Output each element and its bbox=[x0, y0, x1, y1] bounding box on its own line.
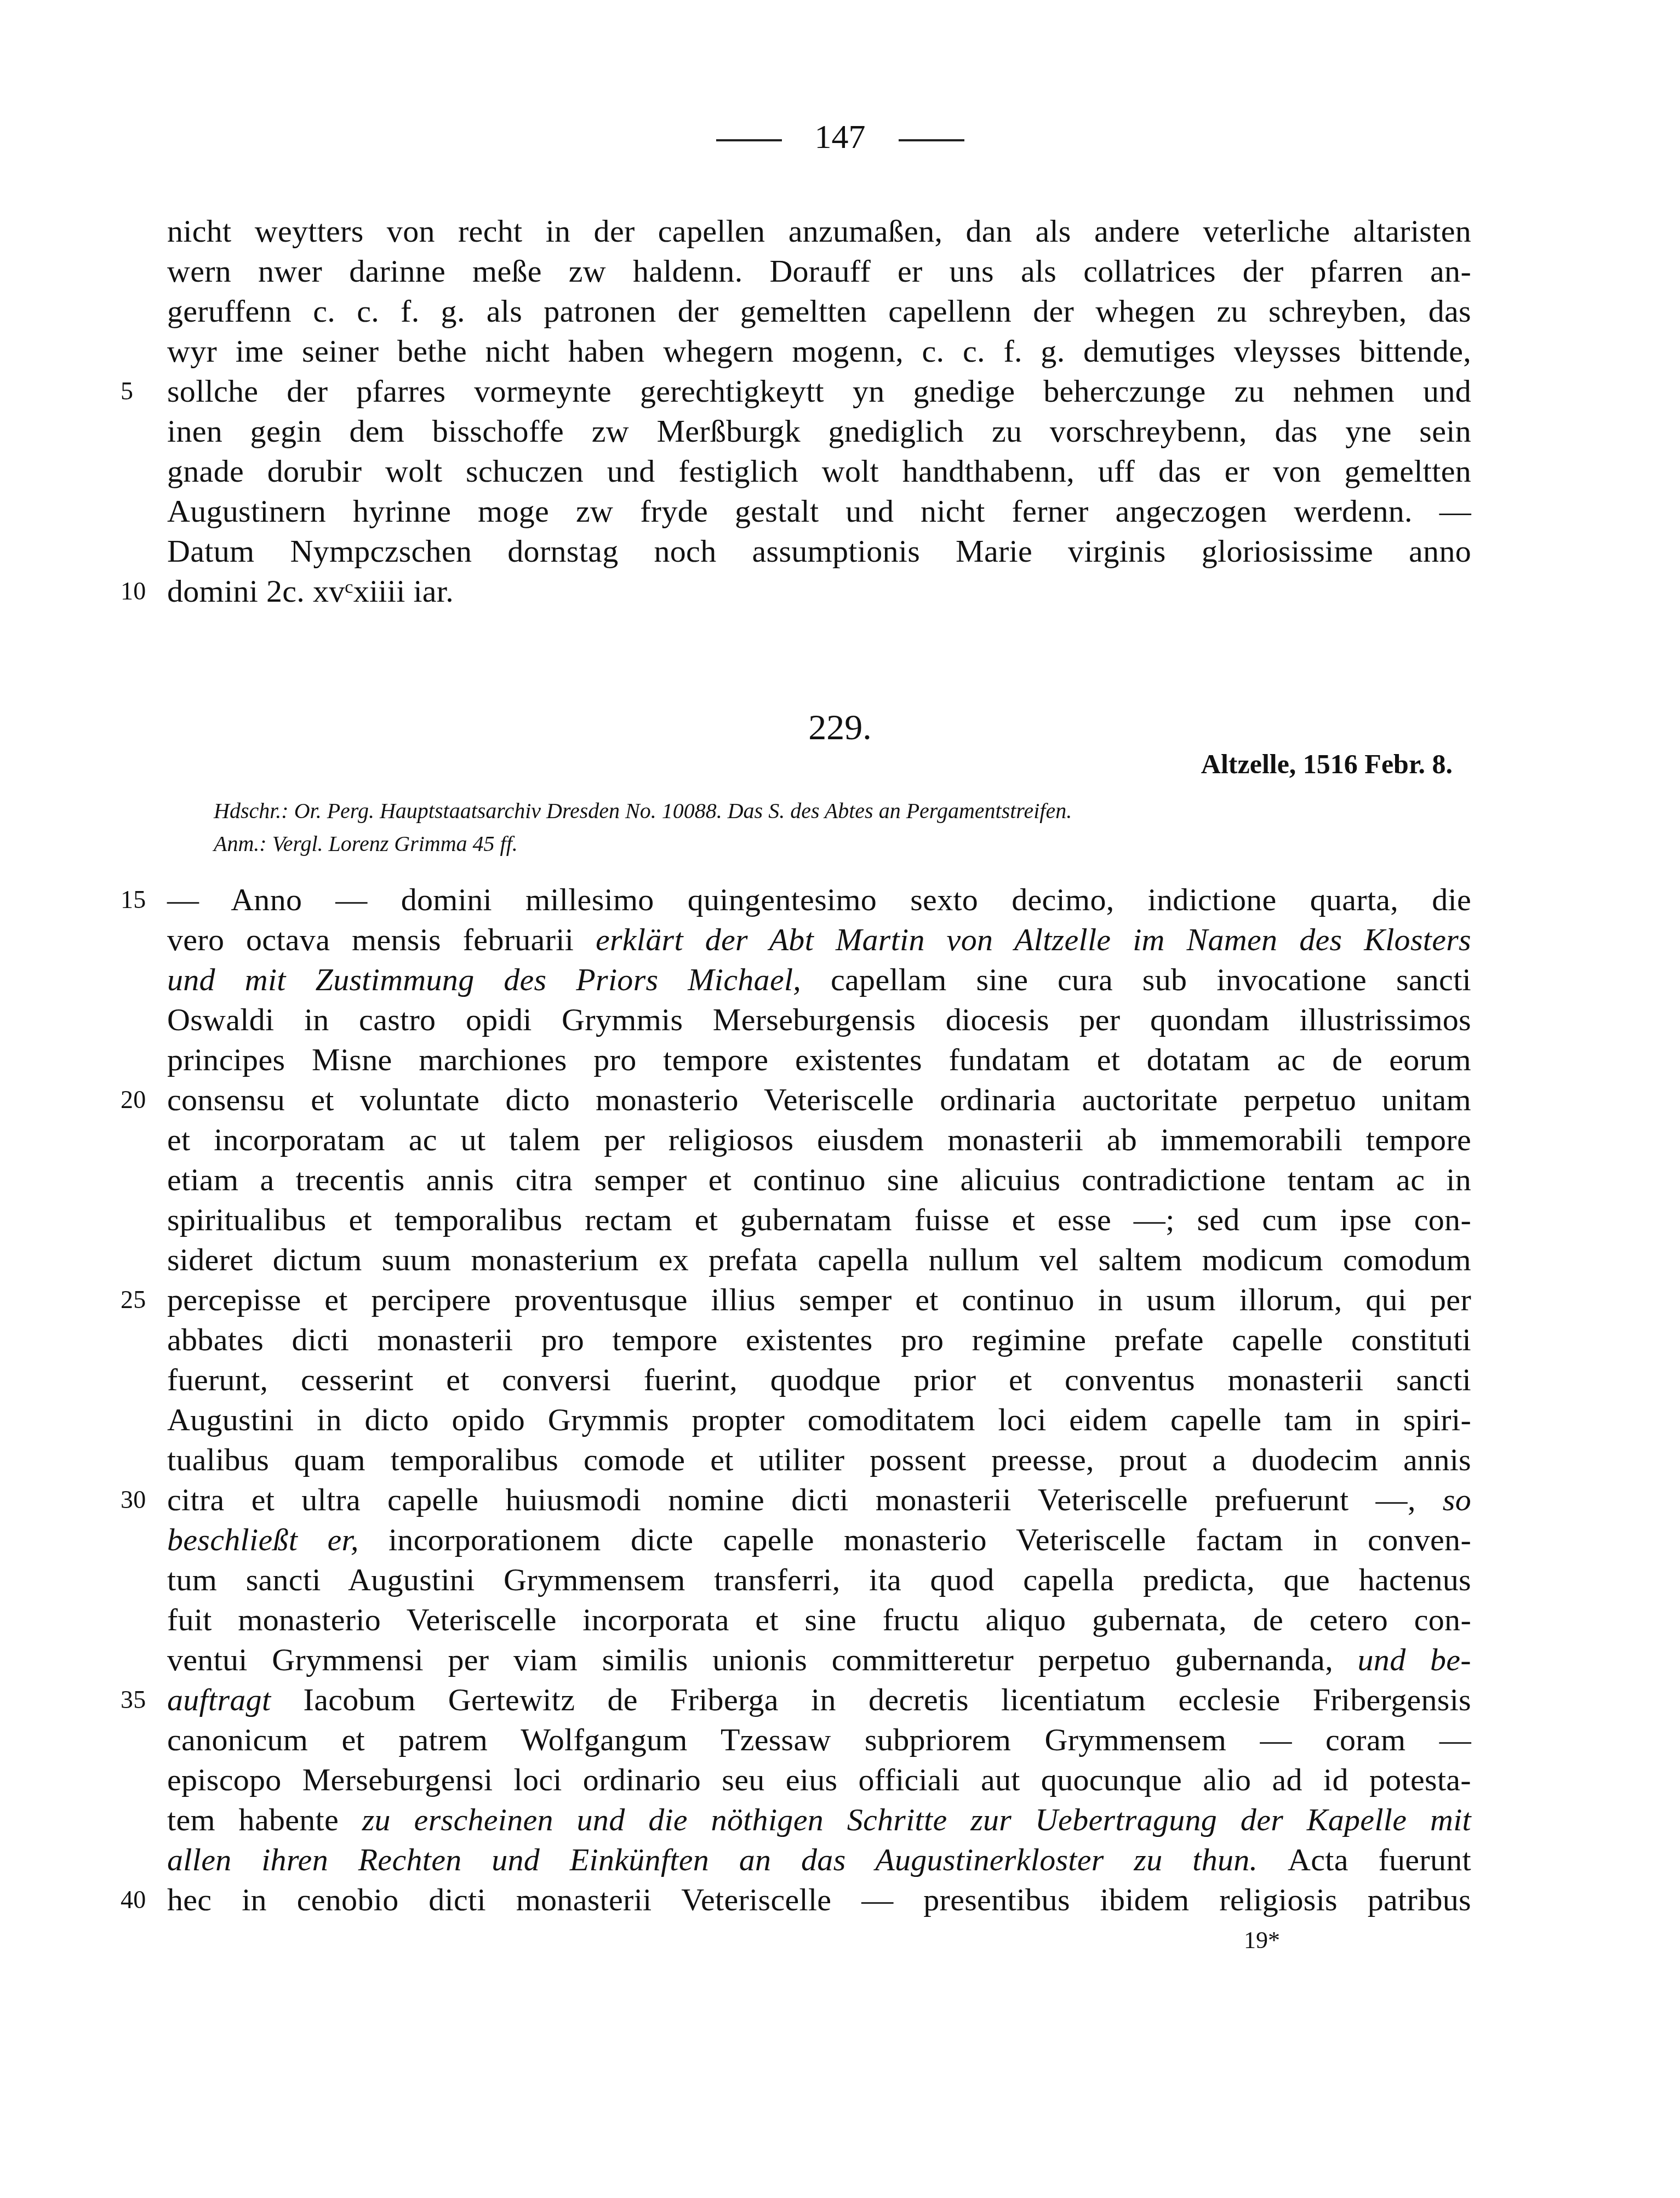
source-text: Augustinern hyrinne moge zw fryde gestal… bbox=[167, 493, 1471, 529]
source-text: ventui Grymmensi per viam similis unioni… bbox=[167, 1642, 1358, 1677]
line-number: 15 bbox=[121, 880, 159, 920]
source-notes: Hdschr.: Or. Perg. Hauptstaatsarchiv Dre… bbox=[214, 795, 1072, 860]
source-text: episcopo Merseburgensi loci ordinario se… bbox=[167, 1762, 1471, 1797]
source-text: tum sancti Augustini Grymmensem transfer… bbox=[167, 1562, 1471, 1597]
source-text: Acta fuerunt bbox=[1288, 1842, 1471, 1877]
source-text: incorporationem dicte capelle monasterio… bbox=[388, 1522, 1471, 1557]
text-line: geruffenn c. c. f. g. als patronen der g… bbox=[167, 291, 1471, 331]
source-text: — Anno — domini millesimo quingentesimo … bbox=[167, 882, 1471, 917]
line-number: 5 bbox=[121, 371, 159, 411]
source-text: canonicum et patrem Wolfgangum Tzessaw s… bbox=[167, 1722, 1471, 1757]
source-text: Datum Nympczschen dornstag noch assumpti… bbox=[167, 533, 1471, 569]
text-line: Oswaldi in castro opidi Grymmis Mersebur… bbox=[167, 1000, 1471, 1040]
editorial-german-text: zu erscheinen und die nöthigen Schritte … bbox=[362, 1802, 1471, 1837]
text-line: 5sollche der pfarres vormeynte gerechtig… bbox=[167, 371, 1471, 411]
page-header: 147 bbox=[0, 118, 1680, 157]
text-line: fuit monasterio Veteriscelle incorporata… bbox=[167, 1600, 1471, 1640]
source-text: principes Misne marchiones pro tempore e… bbox=[167, 1042, 1471, 1077]
header-dash-left bbox=[716, 139, 782, 141]
text-line: 25percepisse et percipere proventusque i… bbox=[167, 1280, 1471, 1320]
text-line: tualibus quam temporalibus comode et uti… bbox=[167, 1440, 1471, 1480]
source-text: Augustini in dicto opido Grymmis propter… bbox=[167, 1402, 1471, 1437]
text-line: canonicum et patrem Wolfgangum Tzessaw s… bbox=[167, 1720, 1471, 1760]
line-number: 35 bbox=[121, 1680, 159, 1720]
source-text: sollche der pfarres vormeynte gerechtigk… bbox=[167, 373, 1471, 409]
page-number: 147 bbox=[815, 118, 866, 156]
document-body: 15 — Anno — domini millesimo quingentesi… bbox=[167, 880, 1471, 1920]
source-text: Iacobum Gertewitz de Friberga in decreti… bbox=[304, 1682, 1471, 1717]
source-text: fuit monasterio Veteriscelle incorporata… bbox=[167, 1602, 1471, 1637]
source-text: etiam a trecentis annis citra semper et … bbox=[167, 1162, 1471, 1197]
source-text: wyr ime seiner bethe nicht haben whegern… bbox=[167, 333, 1471, 369]
text-line: sideret dictum suum monasterium ex prefa… bbox=[167, 1240, 1471, 1280]
text-line: tum sancti Augustini Grymmensem transfer… bbox=[167, 1560, 1471, 1600]
line-number: 30 bbox=[121, 1480, 159, 1520]
text-line: spiritualibus et temporalibus rectam et … bbox=[167, 1200, 1471, 1240]
source-text: wern nwer darinne meßе zw haldenn. Dorau… bbox=[167, 253, 1471, 289]
text-line: 10domini 2c. xvᶜxiiii iar. bbox=[167, 571, 1471, 611]
text-line: ventui Grymmensi per viam similis unioni… bbox=[167, 1640, 1471, 1680]
line-number: 10 bbox=[121, 571, 159, 611]
text-line: tem habente zu erscheinen und die nöthig… bbox=[167, 1800, 1471, 1840]
line-number: 20 bbox=[121, 1080, 159, 1120]
text-line: wyr ime seiner bethe nicht haben whegern… bbox=[167, 331, 1471, 371]
manuscript-note: Hdschr.: Or. Perg. Hauptstaatsarchiv Dre… bbox=[214, 795, 1072, 827]
source-text: domini 2c. xvᶜxiiii iar. bbox=[167, 573, 454, 609]
text-line: nicht weytters von recht in der capellen… bbox=[167, 211, 1471, 251]
source-text: vero octava mensis februarii bbox=[167, 922, 596, 957]
text-line: gnade dorubir wolt schuczen und festigli… bbox=[167, 451, 1471, 491]
annotation-note: Anm.: Vergl. Lorenz Grimma 45 ff. bbox=[214, 827, 1072, 860]
source-text: gnade dorubir wolt schuczen und festigli… bbox=[167, 453, 1471, 489]
text-line: 15 — Anno — domini millesimo quingentesi… bbox=[167, 880, 1471, 920]
text-line: etiam a trecentis annis citra semper et … bbox=[167, 1160, 1471, 1200]
line-number: 40 bbox=[121, 1880, 159, 1920]
source-text: et incorporatam ac ut talem per religios… bbox=[167, 1122, 1471, 1157]
signature-mark: 19* bbox=[1244, 1926, 1280, 1954]
text-line: fuerunt, cesserint et conversi fuerint, … bbox=[167, 1360, 1471, 1400]
source-text: consensu et voluntate dicto monasterio V… bbox=[167, 1082, 1471, 1117]
text-line: 20consensu et voluntate dicto monasterio… bbox=[167, 1080, 1471, 1120]
source-text: capellam sine cura sub invocatione sanct… bbox=[831, 962, 1471, 997]
source-text: fuerunt, cesserint et conversi fuerint, … bbox=[167, 1362, 1471, 1397]
text-line: Augustini in dicto opido Grymmis propter… bbox=[167, 1400, 1471, 1440]
text-line: vero octava mensis februarii erklärt der… bbox=[167, 920, 1471, 960]
source-text: spiritualibus et temporalibus rectam et … bbox=[167, 1202, 1471, 1237]
text-line: abbates dicti monasterii pro tempore exi… bbox=[167, 1320, 1471, 1360]
previous-document-tail: nicht weytters von recht in der capellen… bbox=[167, 211, 1471, 611]
source-text: tualibus quam temporalibus comode et uti… bbox=[167, 1442, 1471, 1477]
text-line: episcopo Merseburgensi loci ordinario se… bbox=[167, 1760, 1471, 1800]
source-text: Oswaldi in castro opidi Grymmis Mersebur… bbox=[167, 1002, 1471, 1037]
source-text: inen gegin dem bisschoffe zw Merßburgk g… bbox=[167, 413, 1471, 449]
text-line: principes Misne marchiones pro tempore e… bbox=[167, 1040, 1471, 1080]
editorial-german-text: beschließt er, bbox=[167, 1522, 388, 1557]
editorial-german-text: allen ihren Rechten und Einkünften an da… bbox=[167, 1842, 1288, 1877]
editorial-german-text: auftragt bbox=[167, 1682, 304, 1717]
document-number: 229. bbox=[0, 707, 1680, 749]
text-line: 30citra et ultra capelle huiusmodi nomin… bbox=[167, 1480, 1471, 1520]
editorial-german-text: erklärt der Abt Martin von Altzelle im N… bbox=[596, 922, 1471, 957]
editorial-german-text: so bbox=[1443, 1482, 1471, 1517]
source-text: hec in cenobio dicti monasterii Veterisc… bbox=[167, 1882, 1471, 1917]
text-line: allen ihren Rechten und Einkünften an da… bbox=[167, 1840, 1471, 1880]
editorial-german-text: und be- bbox=[1358, 1642, 1471, 1677]
text-line: inen gegin dem bisschoffe zw Merßburgk g… bbox=[167, 411, 1471, 451]
editorial-german-text: und mit Zustimmung des Priors Michael, bbox=[167, 962, 831, 997]
source-text: citra et ultra capelle huiusmodi nomine … bbox=[167, 1482, 1443, 1517]
document-place-date: Altzelle, 1516 Febr. 8. bbox=[1201, 748, 1453, 780]
text-line: wern nwer darinne meßе zw haldenn. Dorau… bbox=[167, 251, 1471, 291]
header-dash-right bbox=[899, 139, 964, 141]
text-line: Datum Nympczschen dornstag noch assumpti… bbox=[167, 531, 1471, 571]
source-text: nicht weytters von recht in der capellen… bbox=[167, 213, 1471, 249]
source-text: abbates dicti monasterii pro tempore exi… bbox=[167, 1322, 1471, 1357]
source-text: tem habente bbox=[167, 1802, 362, 1837]
source-text: geruffenn c. c. f. g. als patronen der g… bbox=[167, 293, 1471, 329]
text-line: und mit Zustimmung des Priors Michael, c… bbox=[167, 960, 1471, 1000]
source-text: sideret dictum suum monasterium ex prefa… bbox=[167, 1242, 1471, 1277]
text-line: beschließt er, incorporationem dicte cap… bbox=[167, 1520, 1471, 1560]
text-line: Augustinern hyrinne moge zw fryde gestal… bbox=[167, 491, 1471, 531]
text-line: et incorporatam ac ut talem per religios… bbox=[167, 1120, 1471, 1160]
line-number: 25 bbox=[121, 1280, 159, 1320]
text-line: 35auftragt Iacobum Gertewitz de Friberga… bbox=[167, 1680, 1471, 1720]
source-text: percepisse et percipere proventusque ill… bbox=[167, 1282, 1471, 1317]
text-line: 40hec in cenobio dicti monasterii Veteri… bbox=[167, 1880, 1471, 1920]
